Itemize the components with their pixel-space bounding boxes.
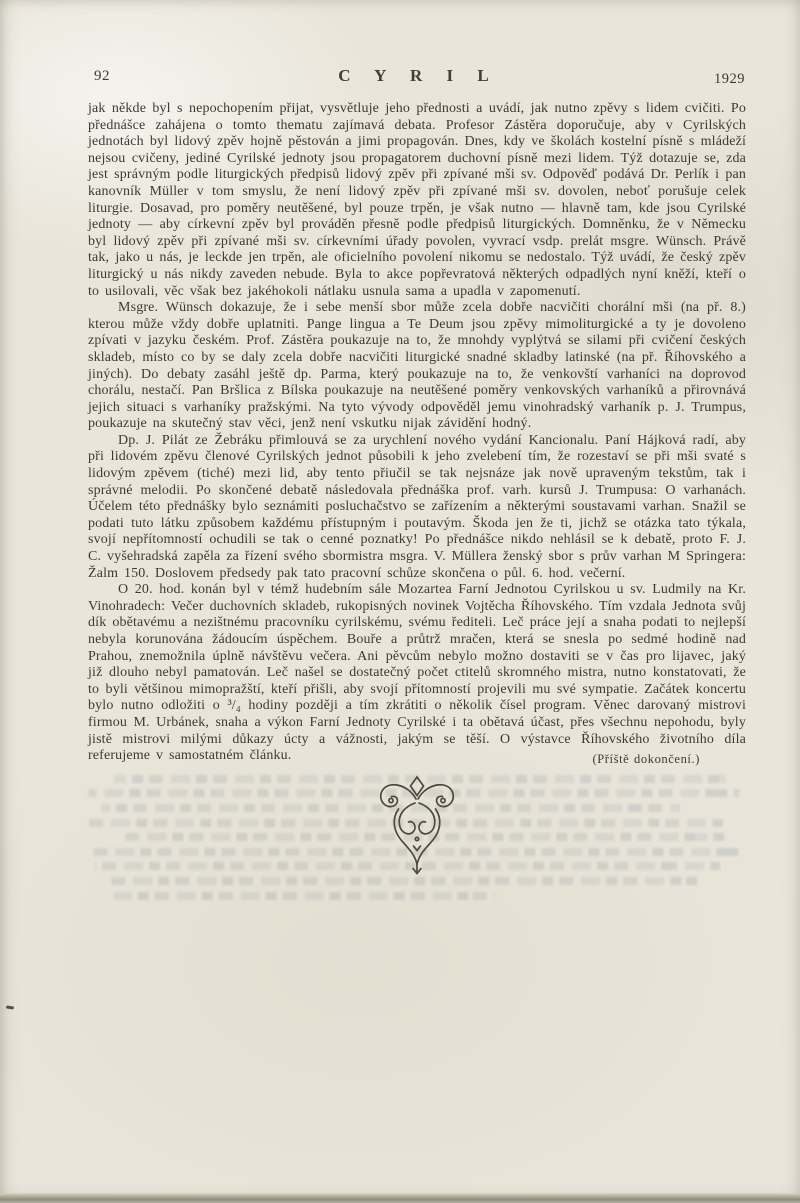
paragraph-text: O 20. hod. konán byl v témž hudebním sál… — [88, 582, 746, 763]
journal-title: C Y R I L — [338, 66, 499, 86]
page-bottom-edge — [0, 1193, 800, 1203]
fleuron-ornament-icon — [371, 775, 463, 879]
paragraph: jak někde byl s nepochopením přijat, vys… — [88, 101, 746, 300]
paragraph: Dp. J. Pilát ze Žebráku přimlouvá se za … — [88, 433, 746, 582]
scan-speck — [6, 1005, 14, 1009]
paragraph: O 20. hod. konán byl v témž hudebním sál… — [88, 582, 746, 765]
continuation-note: (Příště dokončení.) — [562, 751, 700, 768]
showthrough-line — [114, 892, 496, 900]
page-finale — [88, 775, 746, 990]
article-body: jak někde byl s nepochopením přijat, vys… — [88, 101, 746, 990]
page-number: 92 — [94, 68, 110, 85]
year-label: 1929 — [714, 71, 745, 88]
page-header: 92 C Y R I L 1929 — [92, 66, 745, 90]
paragraph: Msgre. Wünsch dokazuje, že i sebe menší … — [88, 300, 746, 433]
